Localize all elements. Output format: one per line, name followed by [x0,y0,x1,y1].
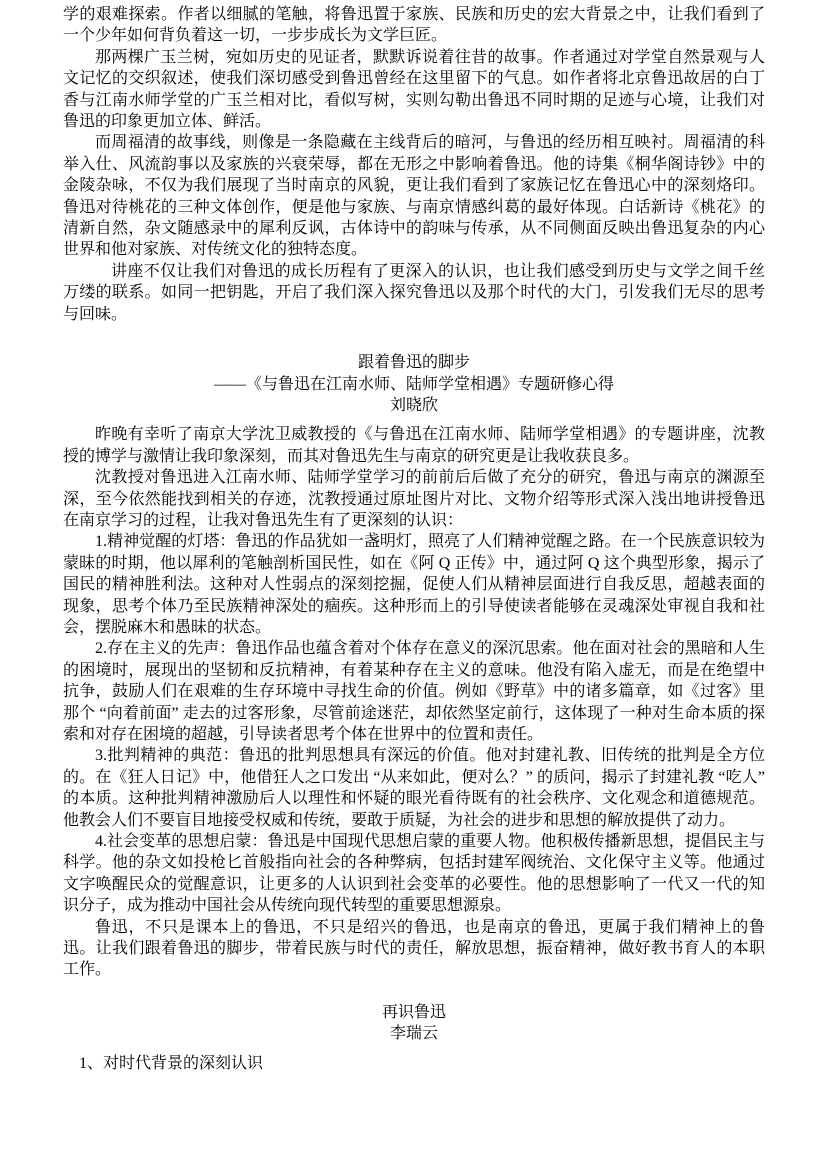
paragraph: 沈教授对鲁迅进入江南水师、陆师学堂学习的前前后后做了充分的研究，鲁迅与南京的渊源… [63,467,765,531]
blank-gap [63,1045,765,1053]
essay-title: 跟着鲁迅的脚步 [63,352,765,373]
essay-subtitle: ——《与鲁迅在江南水师、陆师学堂相遇》专题研修心得 [63,374,765,395]
blank-gap [63,416,765,424]
paragraph-numbered-3: 3.批判精神的典范：鲁迅的批判思想具有深远的价值。他对封建礼教、旧传统的批判是全… [63,745,765,831]
paragraph: 而周福清的故事线，则像是一条隐藏在主线背后的暗河，与鲁迅的经历相互映衬。周福清的… [63,132,765,260]
essay-author: 李瑞云 [63,1023,765,1044]
document-page: 学的艰难探索。作者以细腻的笔触，将鲁迅置于家族、民族和历史的宏大背景之中，让我们… [0,0,827,1170]
paragraph-numbered-4: 4.社会变革的思想启蒙：鲁迅是中国现代思想启蒙的重要人物。他积极传播新思想，提倡… [63,831,765,917]
paragraph: 昨晚有幸听了南京大学沈卫威教授的《与鲁迅在江南水师、陆师学堂相遇》的专题讲座，沈… [63,424,765,467]
blank-line [63,325,765,352]
list-item-heading: 1、对时代背景的深刻认识 [63,1053,765,1074]
paragraph: 讲座不仅让我们对鲁迅的成长历程有了更深入的认识，也让我们感受到历史与文学之间千丝… [63,261,765,325]
essay-title: 再识鲁迅 [63,1002,765,1023]
paragraph-numbered-2: 2.存在主义的先声：鲁迅作品也蕴含着对个体存在意义的深沉思索。他在面对社会的黑暗… [63,638,765,745]
blank-line [63,981,765,1002]
essay-author: 刘晓欣 [63,395,765,416]
paragraph-continuation: 学的艰难探索。作者以细腻的笔触，将鲁迅置于家族、民族和历史的宏大背景之中，让我们… [63,4,765,47]
paragraph: 那两棵广玉兰树，宛如历史的见证者，默默诉说着往昔的故事。作者通过对学堂自然景观与… [63,47,765,133]
paragraph-numbered-1: 1.精神觉醒的灯塔：鲁迅的作品犹如一盏明灯，照亮了人们精神觉醒之路。在一个民族意… [63,531,765,638]
paragraph-closing: 鲁迅，不只是课本上的鲁迅，不只是绍兴的鲁迅，也是南京的鲁迅，更属于我们精神上的鲁… [63,917,765,981]
